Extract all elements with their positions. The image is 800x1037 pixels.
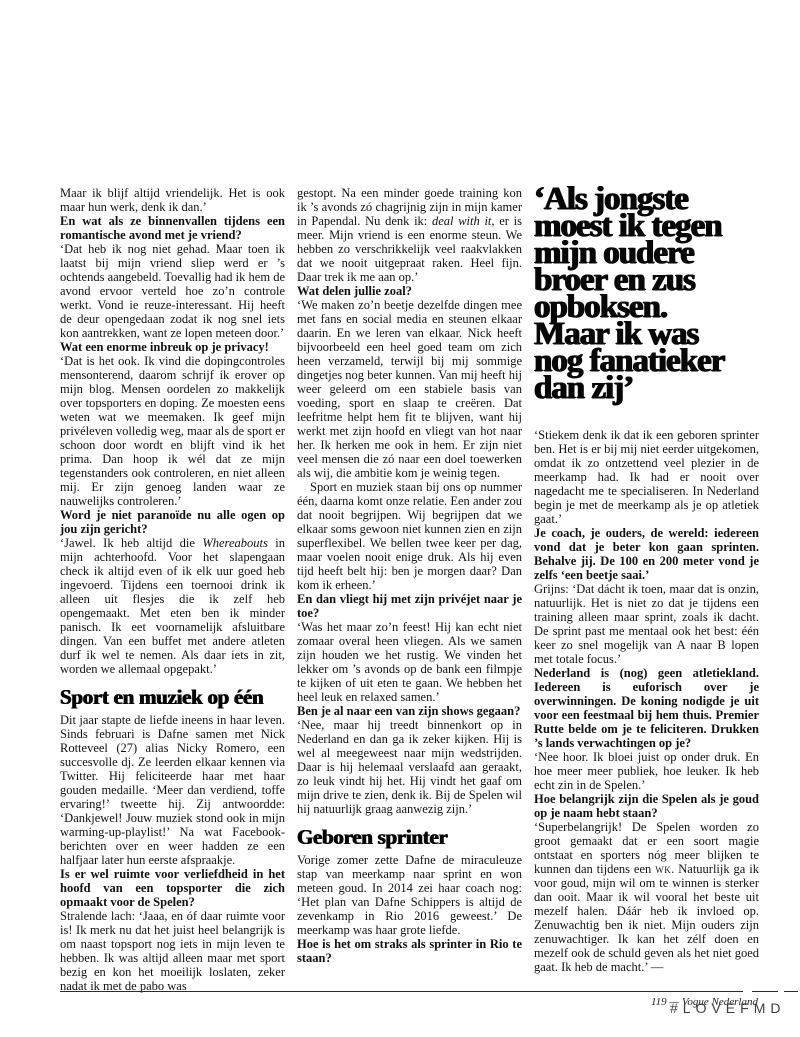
body-paragraph: gestopt. Na een minder goede training ko… [297, 186, 522, 284]
pull-quote: ‘Als jongste moest ik tegen mijn oudere … [534, 186, 759, 402]
footer-rule-dash [784, 991, 798, 992]
body-paragraph: ‘We maken zo’n beetje dezelfde dingen me… [297, 298, 522, 480]
body-paragraph: Vorige zomer zette Dafne de miraculeuze … [297, 853, 522, 937]
body-paragraph: Dit jaar stapte de liefde ineens in haar… [60, 713, 285, 867]
interview-question: Je coach, je ouders, de wereld: iedereen… [534, 526, 759, 582]
body-paragraph: ‘Was het maar zo’n feest! Hij kan echt n… [297, 620, 522, 704]
body-paragraph: ‘Stiekem denk ik dat ik een geboren spri… [534, 428, 759, 526]
interview-question: Hoe is het om straks als sprinter in Rio… [297, 937, 522, 965]
interview-question: Nederland is (nog) geen atletiekland. Ie… [534, 666, 759, 750]
body-paragraph: ‘Dat heb ik nog niet gehad. Maar toen ik… [60, 242, 285, 340]
footer-rule-dash [752, 991, 778, 992]
body-paragraph: Sport en muziek staan bij ons op nummer … [297, 480, 522, 592]
interview-question: En dan vliegt hij met zijn privéjet naar… [297, 592, 522, 620]
body-paragraph: ‘Jawel. Ik heb altijd die Whereabouts in… [60, 536, 285, 676]
interview-question: Wat een enorme inbreuk op je privacy! [60, 340, 285, 354]
interview-question: Word je niet paranoïde nu alle ogen op j… [60, 508, 285, 536]
interview-question: Hoe belangrijk zijn die Spelen als je go… [534, 792, 759, 820]
section-heading-geboren-sprinter: Geboren sprinter [297, 825, 522, 849]
column-left: Maar ik blijf altijd vriendelijk. Het is… [60, 186, 285, 993]
article-columns: Maar ik blijf altijd vriendelijk. Het is… [60, 186, 759, 993]
interview-question: Wat delen jullie zoal? [297, 284, 522, 298]
footer-rule [60, 991, 743, 992]
body-paragraph: Grijns: ‘Dat dácht ik toen, maar dat is … [534, 582, 759, 666]
section-heading-sport-en-muziek: Sport en muziek op één [60, 685, 285, 709]
interview-question: Is er wel ruimte voor verliefdheid in he… [60, 867, 285, 909]
body-paragraph: ‘Superbelangrijk! De Spelen worden zo gr… [534, 820, 759, 974]
interview-question: Ben je al naar een van zijn shows gegaan… [297, 704, 522, 718]
body-paragraph: Stralende lach: ‘Jaaa, en óf daar ruimte… [60, 909, 285, 993]
watermark-text: #LOVEFMD [670, 1000, 785, 1016]
body-paragraph: Maar ik blijf altijd vriendelijk. Het is… [60, 186, 285, 214]
body-paragraph: ‘Dat is het ook. Ik vind die dopingcontr… [60, 354, 285, 508]
body-paragraph: ‘Nee, maar hij treedt binnenkort op in N… [297, 718, 522, 816]
magazine-page: Maar ik blijf altijd vriendelijk. Het is… [0, 0, 800, 1037]
column-middle: gestopt. Na een minder goede training ko… [297, 186, 522, 993]
column-right: ‘Als jongste moest ik tegen mijn oudere … [534, 186, 759, 993]
body-paragraph: ‘Nee hoor. Ik bloei juist op onder druk.… [534, 750, 759, 792]
interview-question: En wat als ze binnenvallen tijdens een r… [60, 214, 285, 242]
